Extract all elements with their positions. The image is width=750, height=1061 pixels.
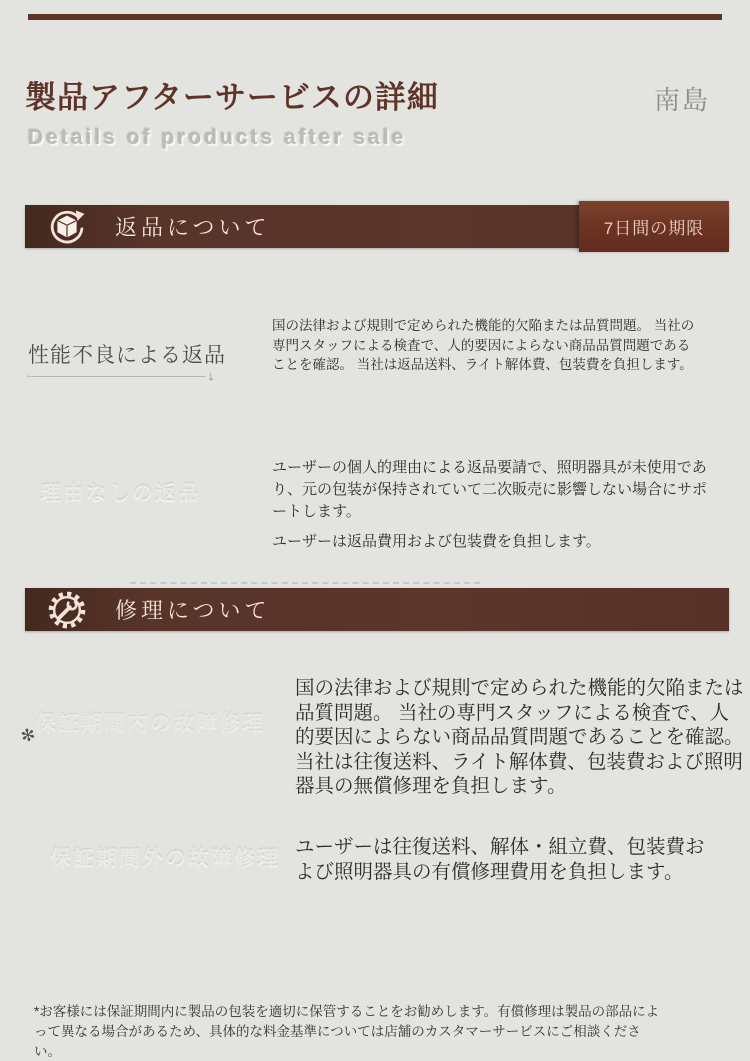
footnote-text: *お客様には保証期間内に製品の包装を適切に保管することをお勧めします。有償修理は… bbox=[34, 1002, 666, 1061]
double-arrow-divider: ← ↘ bbox=[25, 371, 215, 383]
arrow-right-icon: ↘ bbox=[203, 369, 218, 385]
repair-section-banner: 修理について bbox=[25, 588, 729, 631]
return-deadline-badge: 7日間の期限 bbox=[579, 201, 729, 252]
repair-out-warranty-text: ユーザーは往復送料、解体・組立費、包装費および照明器具の有償修理費用を負担します… bbox=[295, 835, 705, 885]
page-title: 製品アフターサービスの詳細 bbox=[25, 72, 439, 117]
brand-name: 南島 bbox=[654, 80, 710, 117]
repair-out-warranty-label: 保証期間外の故障修理 bbox=[50, 842, 280, 872]
repair-in-warranty-label: 保証期間内の故障修理 bbox=[35, 707, 265, 737]
return-box-circular-arrow-icon bbox=[45, 205, 89, 249]
gear-wrench-icon bbox=[45, 588, 89, 632]
return-row-no-reason-text: ユーザーの個人的理由による返品要請で、照明器具が未使用であり、元の包装が保持され… bbox=[272, 457, 717, 553]
return-row-no-reason-label: 理由なしの返品 bbox=[40, 477, 201, 507]
arrow-left-icon: ← bbox=[25, 369, 36, 381]
return-section-title: 返品について bbox=[115, 211, 271, 242]
page-subtitle-english: Details of products after sale bbox=[28, 126, 406, 150]
return-row-defective-label: 性能不良による返品 bbox=[28, 339, 226, 369]
return-no-reason-paragraph-1: ユーザーの個人的理由による返品要請で、照明器具が未使用であり、元の包装が保持され… bbox=[272, 457, 717, 523]
after-sales-page: 製品アフターサービスの詳細 南島 Details of products aft… bbox=[0, 0, 750, 1061]
return-no-reason-paragraph-2: ユーザーは返品費用および包装費を負担します。 bbox=[272, 531, 717, 553]
return-section-banner: 返品について 7日間の期限 bbox=[25, 205, 729, 248]
repair-in-warranty-text: 国の法律および規則で定められた機能的欠陥または品質問題。 当社の専門スタッフによ… bbox=[295, 676, 747, 799]
repair-section-title: 修理について bbox=[115, 594, 271, 625]
return-row-defective-text: 国の法律および規則で定められた機能的欠陥または品質問題。 当社の専門スタッフによ… bbox=[272, 316, 700, 375]
dashed-separator bbox=[130, 582, 480, 584]
top-accent-bar bbox=[28, 14, 722, 20]
